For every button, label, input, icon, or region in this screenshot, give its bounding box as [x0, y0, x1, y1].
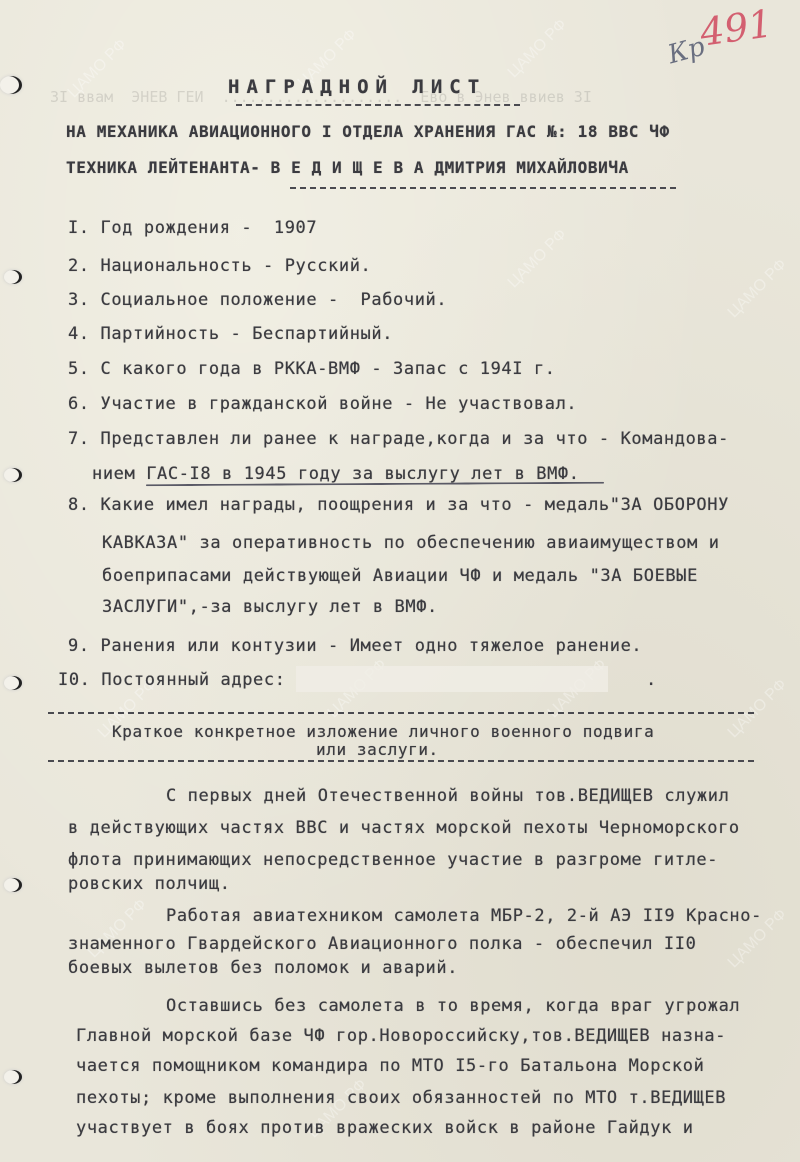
redacted-address [296, 666, 608, 692]
watermark: ЦАМО РФ [725, 256, 791, 322]
watermark: ЦАМО РФ [725, 676, 791, 742]
section-heading: Краткое конкретное изложение личного вое… [112, 722, 654, 741]
section-divider-top [48, 712, 754, 714]
item-awards-held-cont: боеприпасами действующей Авиации ЧФ и ме… [102, 566, 698, 586]
address-trailing-dot: . [646, 670, 657, 690]
narrative-line: флота принимающих непосредственное участ… [68, 850, 718, 870]
narrative-line: знаменного Гвардейского Авиационного пол… [68, 934, 696, 954]
narrative-line: Оставшись без самолета в то время, когда… [166, 996, 740, 1016]
item-previous-awards: 7. Представлен ли ранее к награде,когда … [68, 429, 729, 449]
item-civil-war: 6. Участие в гражданской войне - Не учас… [68, 394, 577, 414]
section-heading-cont: или заслуги. [316, 740, 439, 759]
item-service-since: 5. С какого года в РККА-ВМФ - Запас с 19… [68, 359, 556, 379]
document-title: НАГРАДНОЙ ЛИСТ [228, 76, 486, 98]
binder-hole [4, 1070, 22, 1084]
rank-text: ТЕХНИКА ЛЕЙТЕНАНТА- [66, 158, 271, 177]
item-awards-held-cont: КАВКАЗА" за оперативность по обеспечению… [102, 533, 720, 553]
item-wounds: 9. Ранения или контузии - Имеет одно тяж… [68, 636, 642, 656]
watermark: ЦАМО РФ [505, 16, 571, 82]
item-address: I0. Постоянный адрес: [58, 670, 286, 690]
binder-hole [4, 270, 22, 284]
item-awards-held-cont: ЗАСЛУГИ",-за выслугу лет в ВМФ. [102, 597, 438, 617]
narrative-line: участвует в боях против вражеских войск … [76, 1118, 694, 1138]
document-page: ЦАМО РФ ЦАМО РФ ЦАМО РФ ЦАМО РФ ЦАМО РФ … [0, 0, 800, 1162]
item-nationality: 2. Национальность - Русский. [68, 256, 371, 276]
narrative-line: Главной морской базе ЧФ гор.Новороссийск… [76, 1026, 726, 1046]
item-birth-year: I. Год рождения - 1907 [68, 218, 317, 238]
binder-hole [0, 76, 22, 94]
title-underline [236, 104, 520, 106]
narrative-line: пехоты; кроме выполнения своих обязаннос… [76, 1088, 726, 1108]
narrative-line: в действующих частях ВВС и частях морско… [68, 818, 740, 838]
narrative-line: чается помощником командира по МТО I5-го… [76, 1056, 704, 1076]
narrative-line: Работая авиатехником самолета МБР-2, 2-й… [166, 906, 762, 926]
binder-hole [4, 676, 22, 690]
section-divider-bottom [48, 760, 754, 762]
awardee-name: В Е Д И Щ Е В А ДМИТРИЯ МИХАЙЛОВИЧА [271, 158, 629, 177]
subtitle-line-2: ТЕХНИКА ЛЕЙТЕНАНТА- В Е Д И Щ Е В А ДМИТ… [66, 158, 629, 177]
subtitle-line-1: НА МЕХАНИКА АВИАЦИОННОГО I ОТДЕЛА ХРАНЕН… [66, 122, 670, 141]
red-pencil-annotation: 491 [697, 1, 775, 55]
name-underline [290, 187, 676, 189]
narrative-line: ровских полчищ. [68, 874, 231, 894]
item-party: 4. Партийность - Беспартийный. [68, 324, 393, 344]
watermark: ЦАМО РФ [505, 226, 571, 292]
narrative-line: С первых дней Отечественной войны тов.ВЕ… [166, 786, 729, 806]
item-previous-awards-cont: нием ГАС-I8 в 1945 году за выслугу лет в… [92, 464, 580, 484]
binder-hole [4, 878, 22, 892]
narrative-line: боевых вылетов без поломок и аварий. [68, 958, 458, 978]
binder-hole [4, 468, 22, 482]
item-social-status: 3. Социальное положение - Рабочий. [68, 290, 447, 310]
item-awards-held: 8. Какие имел награды, поощрения и за чт… [68, 495, 729, 515]
